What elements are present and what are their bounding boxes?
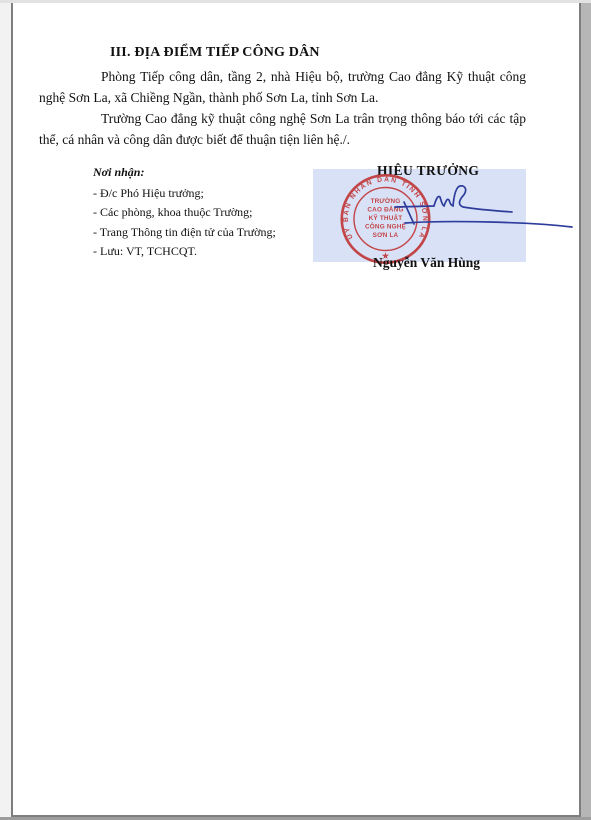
section-heading: III. ĐỊA ĐIỂM TIẾP CÔNG DÂN <box>110 45 320 61</box>
signer-name: Nguyễn Văn Hùng <box>373 255 480 271</box>
list-item: - Các phòng, khoa thuộc Trường; <box>93 203 276 222</box>
recipients-block: Nơi nhận: - Đ/c Phó Hiệu trưởng; - Các p… <box>93 164 276 262</box>
list-item: - Lưu: VT, TCHCQT. <box>93 242 276 261</box>
document-viewport: III. ĐỊA ĐIỂM TIẾP CÔNG DÂN Phòng Tiếp c… <box>0 0 591 820</box>
list-item: - Đ/c Phó Hiệu trưởng; <box>93 184 276 203</box>
signature-diagonal-stroke <box>404 202 414 224</box>
paragraph-notice: Trường Cao đẳng kỹ thuật công nghệ Sơn L… <box>39 109 526 150</box>
right-gutter <box>581 3 591 820</box>
recipients-list: - Đ/c Phó Hiệu trưởng; - Các phòng, khoa… <box>93 184 276 262</box>
signature-upper-stroke <box>395 186 512 212</box>
recipients-label: Nơi nhận: <box>93 164 276 180</box>
document-page: III. ĐỊA ĐIỂM TIẾP CÔNG DÂN Phòng Tiếp c… <box>11 3 581 817</box>
signature-underline-stroke <box>405 222 572 227</box>
handwritten-signature <box>330 175 578 237</box>
list-item: - Trang Thông tin điện tử của Trường; <box>93 223 276 242</box>
paragraph-location: Phòng Tiếp công dân, tầng 2, nhà Hiệu bộ… <box>39 67 526 108</box>
